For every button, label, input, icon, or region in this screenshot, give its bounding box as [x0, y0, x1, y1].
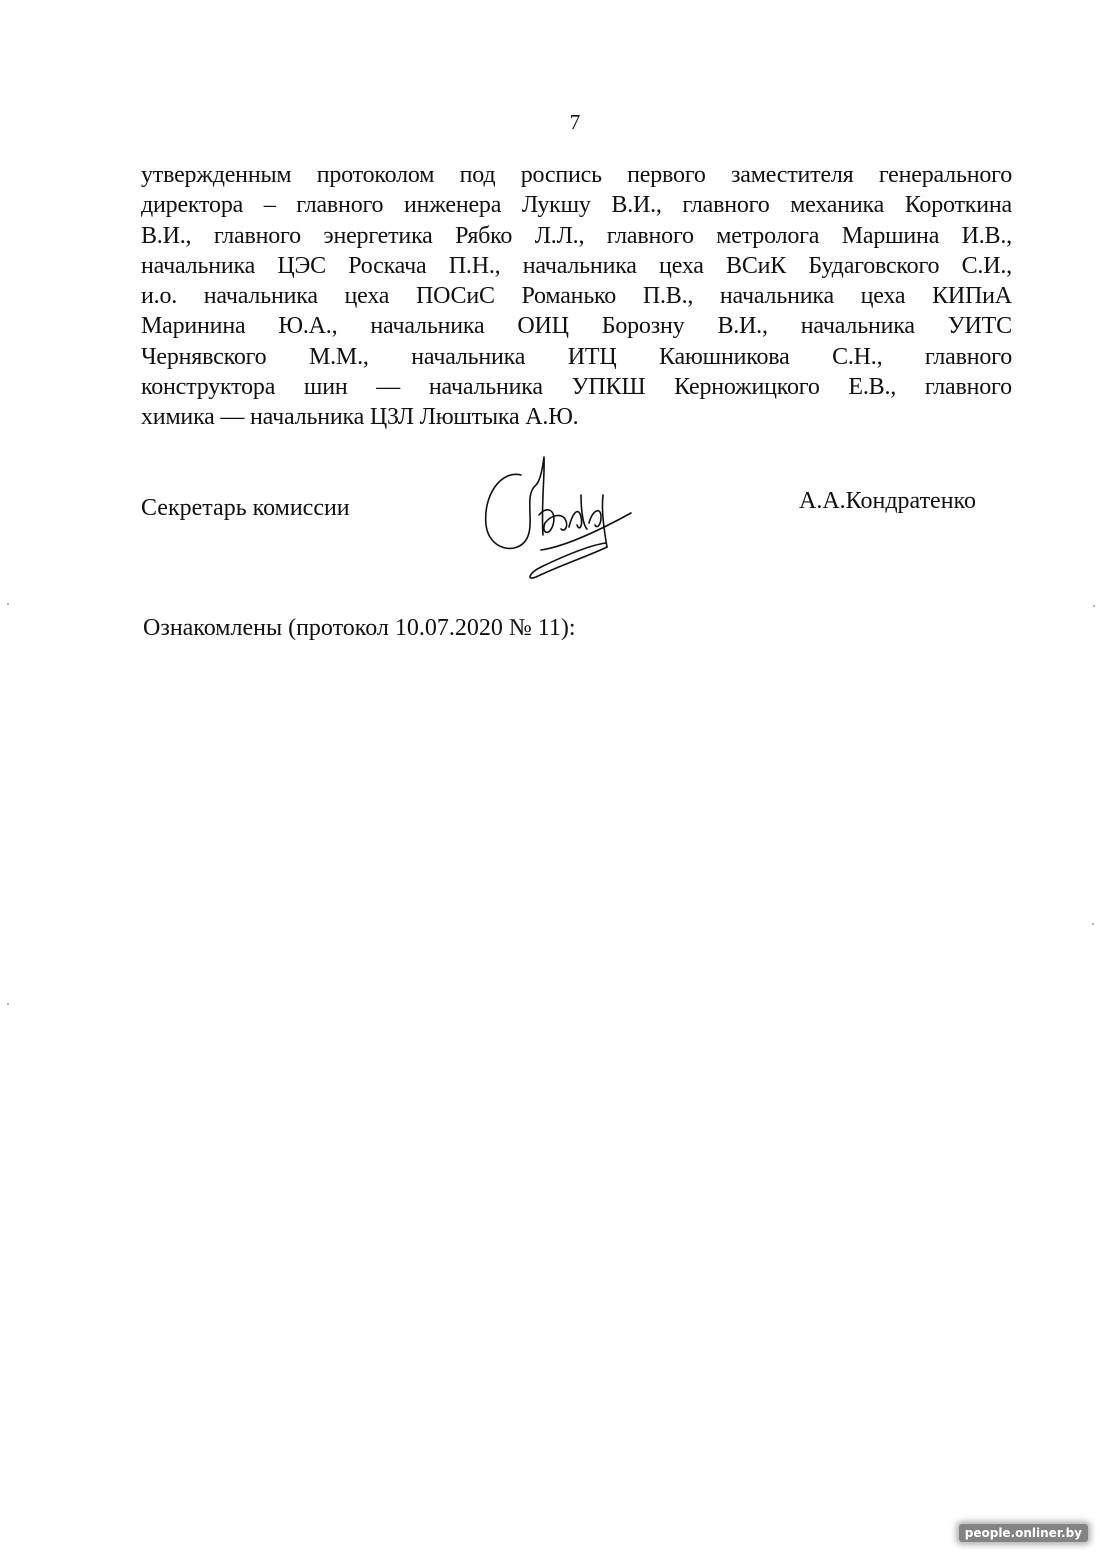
word: механика: [790, 190, 884, 220]
word: начальника: [720, 281, 834, 311]
word: генерального: [879, 160, 1012, 190]
word: П.Н.,: [449, 251, 501, 281]
word: главного: [296, 190, 383, 220]
word: главного: [607, 221, 694, 251]
signatory-role: Секретарь комиссии: [141, 495, 350, 522]
word: начальника: [801, 311, 915, 341]
word: Будаговского: [808, 251, 939, 281]
scan-speck: [1093, 605, 1095, 607]
signatory-name: А.А.Кондратенко: [799, 488, 976, 515]
word: С.И.,: [962, 251, 1012, 281]
body-paragraph: утвержденнымпротоколомподросписьпервогоз…: [141, 160, 1012, 433]
word: главного: [214, 221, 301, 251]
word: заместителя: [731, 160, 854, 190]
word: Е.В.,: [848, 372, 896, 402]
word: инженера: [404, 190, 501, 220]
word: Маршина: [842, 221, 939, 251]
page-number: 7: [0, 110, 1100, 135]
handwritten-signature-icon: [481, 455, 651, 580]
word: Короткина: [905, 190, 1012, 220]
scan-speck: [1092, 923, 1094, 925]
signature-block: Секретарь комиссии А.А.Кондратенко: [141, 485, 1001, 605]
word: энергетика: [323, 221, 432, 251]
word: конструктора: [141, 372, 275, 402]
word: —: [376, 372, 400, 402]
word: цеха: [659, 251, 704, 281]
word: и.о.: [141, 281, 177, 311]
word: М.М.,: [309, 342, 369, 372]
word: Роскача: [348, 251, 426, 281]
word: В.И.,: [611, 190, 661, 220]
word: Керножицкого: [674, 372, 820, 402]
word: начальника: [370, 311, 484, 341]
paragraph-line: МарининаЮ.А.,начальникаОИЦБорознуВ.И.,на…: [141, 311, 1012, 341]
word: ЦЭС: [277, 251, 326, 281]
word: протоколом: [317, 160, 435, 190]
word: Л.Л.,: [535, 221, 585, 251]
word: ОИЦ: [517, 311, 568, 341]
word: Романько: [522, 281, 617, 311]
word: Каюшникова: [659, 342, 790, 372]
word: Ю.А.,: [278, 311, 337, 341]
paragraph-line: В.И.,главногоэнергетикаРябкоЛ.Л.,главног…: [141, 221, 1012, 251]
word: начальника: [429, 372, 543, 402]
word: Маринина: [141, 311, 245, 341]
word: УИТС: [948, 311, 1012, 341]
word: Чернявского: [141, 342, 266, 372]
word: В.И.,: [717, 311, 767, 341]
scan-speck: [7, 603, 9, 605]
word: С.Н.,: [832, 342, 882, 372]
word: В.И.,: [141, 221, 191, 251]
word: цеха: [345, 281, 390, 311]
word: первого: [627, 160, 706, 190]
word: главного: [682, 190, 769, 220]
word: утвержденным: [141, 160, 291, 190]
word: шин: [304, 372, 348, 402]
word: под: [460, 160, 496, 190]
word: Рябко: [455, 221, 512, 251]
word: ПОСиС: [416, 281, 495, 311]
word: метролога: [716, 221, 819, 251]
word: роспись: [521, 160, 602, 190]
word: УПКШ: [572, 372, 646, 402]
paragraph-line: конструкторашин—начальникаУПКШКерножицко…: [141, 372, 1012, 402]
word: цеха: [861, 281, 906, 311]
watermark: people.onliner.by: [959, 1524, 1088, 1542]
word: главного: [925, 372, 1012, 402]
word: И.В.,: [962, 221, 1012, 251]
scan-speck: [7, 1003, 9, 1005]
paragraph-line: и.о.начальникацехаПОСиСРоманькоП.В.,нача…: [141, 281, 1012, 311]
paragraph-line: утвержденнымпротоколомподросписьпервогоз…: [141, 160, 1012, 190]
word: –: [264, 190, 276, 220]
word: П.В.,: [643, 281, 693, 311]
word: начальника: [523, 251, 637, 281]
paragraph-lines: утвержденнымпротоколомподросписьпервогоз…: [141, 160, 1012, 402]
word: Борозну: [602, 311, 685, 341]
word: директора: [141, 190, 243, 220]
paragraph-line: начальникаЦЭСРоскачаП.Н.,начальникацехаВ…: [141, 251, 1012, 281]
word: ИТЦ: [568, 342, 617, 372]
word: ВСиК: [726, 251, 786, 281]
acknowledged-line: Ознакомлены (протокол 10.07.2020 № 11):: [143, 615, 576, 642]
paragraph-line: директора–главногоинженераЛукшуВ.И.,глав…: [141, 190, 1012, 220]
word: начальника: [204, 281, 318, 311]
word: начальника: [411, 342, 525, 372]
word: начальника: [141, 251, 255, 281]
paragraph-line: ЧернявскогоМ.М.,начальникаИТЦКаюшниковаС…: [141, 342, 1012, 372]
word: главного: [925, 342, 1012, 372]
word: Лукшу: [522, 190, 591, 220]
word: КИПиА: [932, 281, 1012, 311]
paragraph-last-line: химика — начальника ЦЗЛ Люштыка А.Ю.: [141, 402, 1012, 432]
